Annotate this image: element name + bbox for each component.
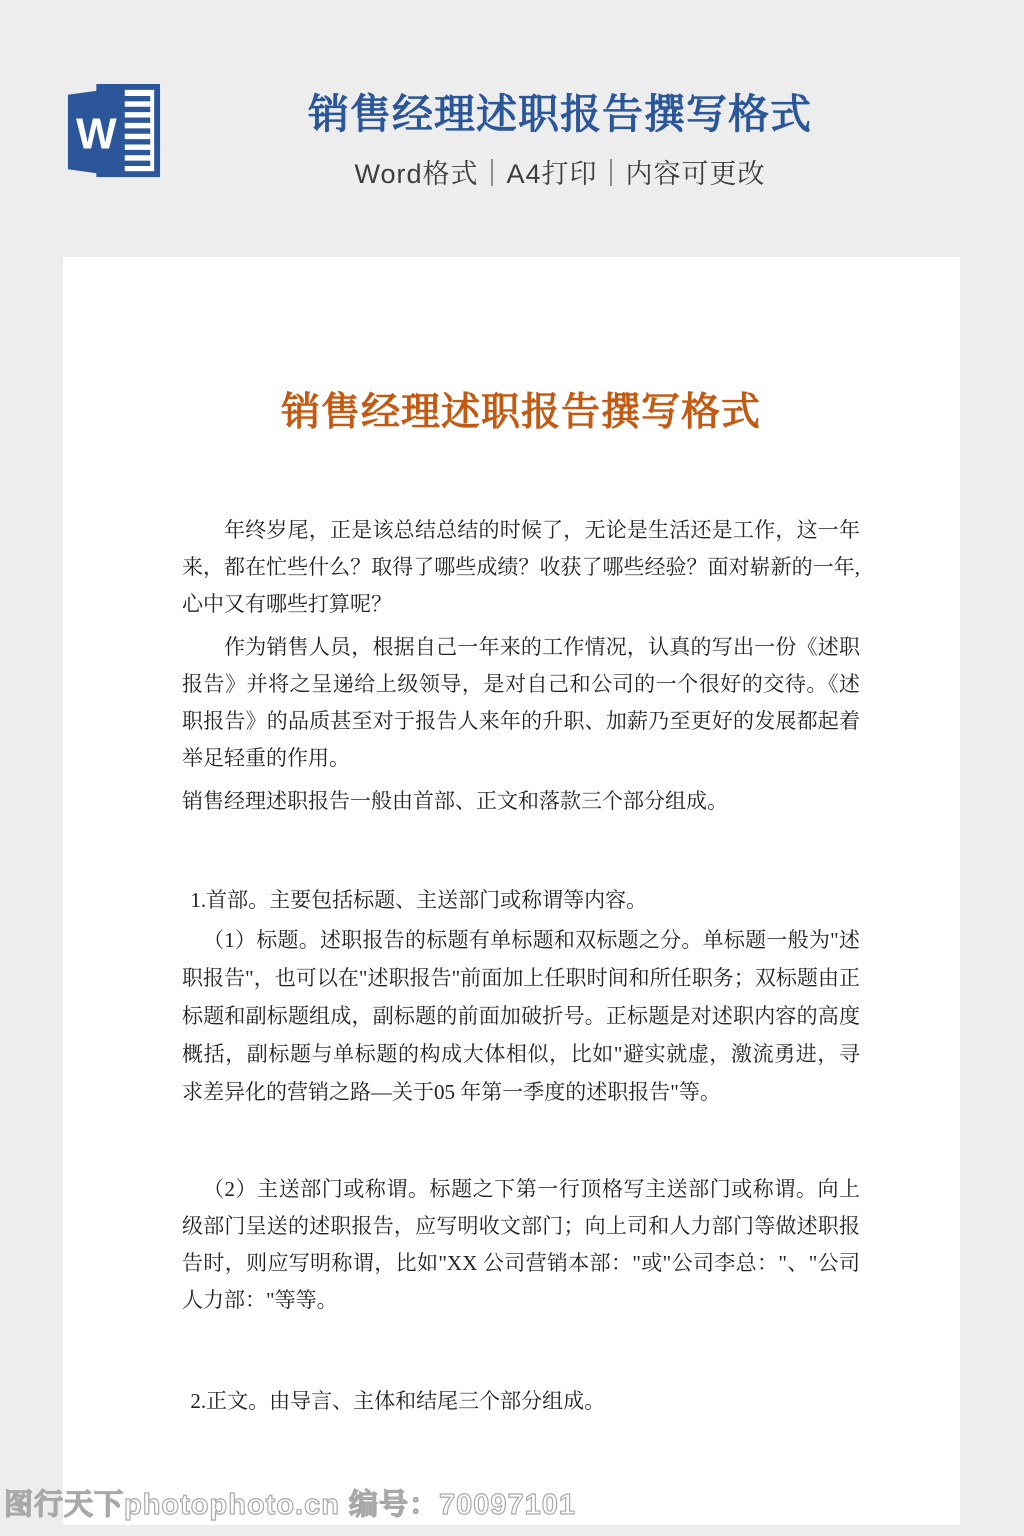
paragraph-structure-overview: 销售经理述职报告一般由首部、正文和落款三个部分组成。 (182, 783, 860, 820)
paragraph-section-2-heading: 2.正文。由导言、主体和结尾三个部分组成。 (182, 1383, 860, 1420)
document-title: 销售经理述职报告撰写格式 (182, 390, 860, 436)
paragraph-section-1-item-2: （2）主送部门或称谓。标题之下第一行顶格写主送部门或称谓。向上级部门呈送的述职报… (182, 1171, 860, 1319)
watermark-text: 图行天下photophoto.cn 编号：70097101 (4, 1482, 576, 1523)
header-subtitle: Word格式｜A4打印｜内容可更改 (96, 152, 1024, 191)
paragraph-section-1-heading: 1.首部。主要包括标题、主送部门或称谓等内容。 (182, 882, 860, 919)
header: 销售经理述职报告撰写格式 Word格式｜A4打印｜内容可更改 (96, 90, 1024, 191)
header-title: 销售经理述职报告撰写格式 (96, 90, 1024, 139)
paragraph-intro-2: 作为销售人员，根据自己一年来的工作情况，认真的写出一份《述职报告》并将之呈递给上… (182, 629, 860, 777)
paragraph-section-1-item-1: （1）标题。述职报告的标题有单标题和双标题之分。单标题一般为"述职报告"，也可以… (182, 921, 860, 1111)
paragraph-intro-1: 年终岁尾，正是该总结总结的时候了，无论是生活还是工作，这一年来，都在忙些什么？取… (182, 512, 860, 623)
document-page: 销售经理述职报告撰写格式 年终岁尾，正是该总结总结的时候了，无论是生活还是工作，… (63, 257, 960, 1525)
preview-canvas: W 销售经理述职报告撰写格式 Word格式｜A4打印｜内容可更改 销售经理述职报… (0, 0, 1024, 1536)
